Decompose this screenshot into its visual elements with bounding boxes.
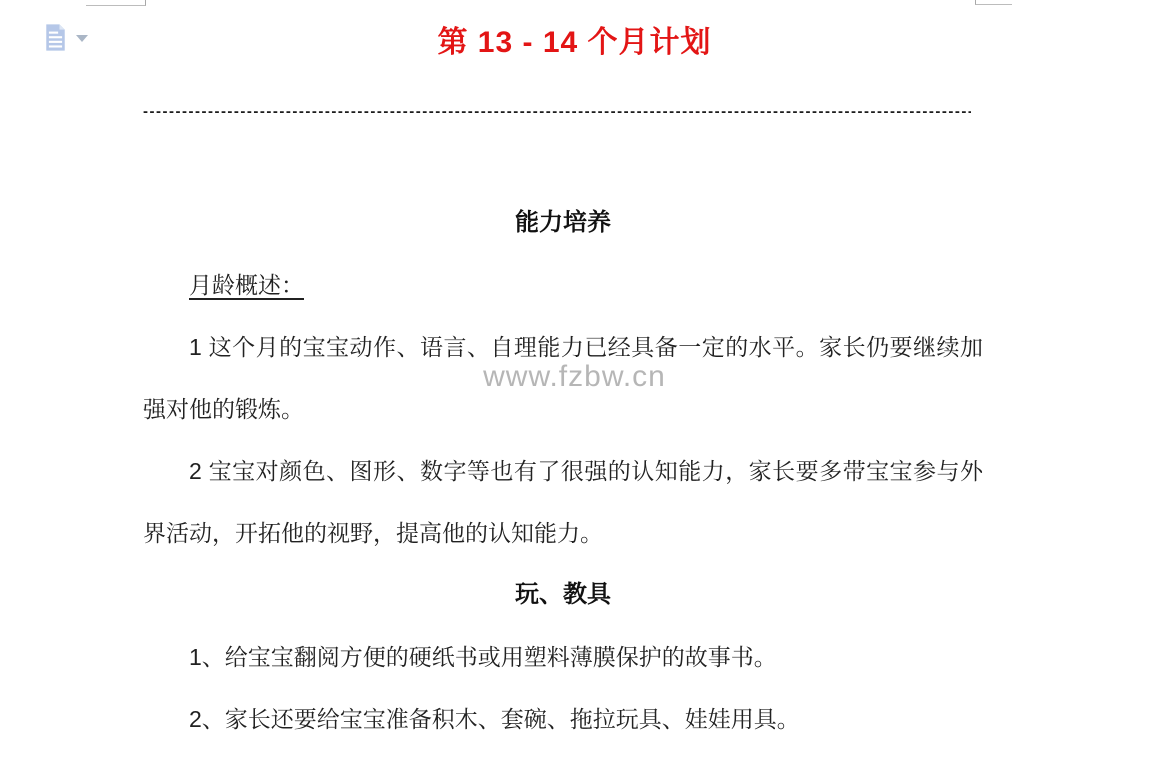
paragraph-1: 1 这个月的宝宝动作、语言、自理能力已经具备一定的水平。家长仍要继续加强对他的锻… — [143, 316, 983, 440]
paragraph-2: 2 宝宝对颜色、图形、数字等也有了很强的认知能力，家长要多带宝宝参与外界活动，开… — [143, 440, 983, 564]
page-corner-mark-right — [975, 0, 1012, 5]
dashed-separator: ----------------------------------------… — [143, 103, 971, 125]
page-corner-mark-left — [86, 0, 146, 6]
section-heading-toys: 玩、教具 — [143, 564, 983, 626]
section-heading-ability: 能力培养 — [143, 192, 983, 254]
list-item-1: 1、给宝宝翻阅方便的硬纸书或用塑料薄膜保护的故事书。 — [143, 626, 983, 688]
subheading-month-overview: 月龄概述： — [143, 254, 983, 316]
document-body: 能力培养 月龄概述： 1 这个月的宝宝动作、语言、自理能力已经具备一定的水平。家… — [143, 192, 983, 750]
subheading-underlined-text: 月龄概述： — [189, 272, 304, 298]
list-item-2: 2、家长还要给宝宝准备积木、套碗、拖拉玩具、娃娃用具。 — [143, 688, 983, 750]
document-title: 第 13 - 14 个月计划 — [0, 17, 1149, 61]
